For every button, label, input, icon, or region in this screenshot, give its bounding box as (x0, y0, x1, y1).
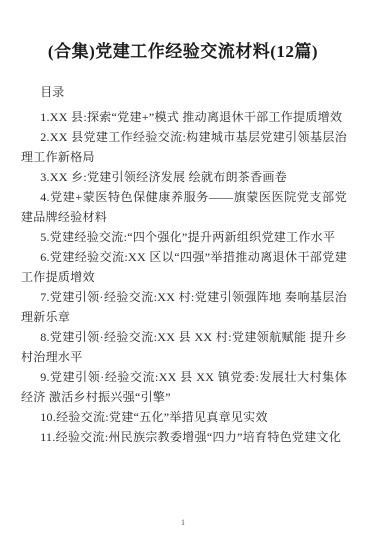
toc-list: 1.XX 县:探索“党建+”模式 推动离退休干部工作提质增效 2.XX 县党建工… (21, 107, 347, 447)
toc-item-6: 6.党建经验交流:XX 区以“四强”举措推动离退休干部党建工作提质增效 (21, 247, 347, 287)
document-page: (合集)党建工作经验交流材料(12篇) 目录 1.XX 县:探索“党建+”模式 … (0, 0, 366, 550)
toc-item-11: 11.经验交流:州民族宗教委增强“四力”培育特色党建文化 (21, 427, 347, 447)
toc-heading: 目录 (21, 82, 347, 107)
toc-item-9: 9.党建引领·经验交流:XX 县 XX 镇党委:发展壮大村集体经济 激活乡村振兴… (21, 367, 347, 407)
toc-item-2: 2.XX 县党建工作经验交流:构建城市基层党建引领基层治理工作新格局 (21, 127, 347, 167)
toc-item-10: 10.经验交流:党建“五化”举措见真章见实效 (21, 407, 347, 427)
toc-item-1: 1.XX 县:探索“党建+”模式 推动离退休干部工作提质增效 (21, 107, 347, 127)
document-body: 目录 1.XX 县:探索“党建+”模式 推动离退休干部工作提质增效 2.XX 县… (21, 82, 347, 447)
toc-item-5: 5.党建经验交流:“四个强化”提升两新组织党建工作水平 (21, 227, 347, 247)
toc-item-4: 4.党建+蒙医特色保健康养服务——旗蒙医医院党支部党建品牌经验材料 (21, 187, 347, 227)
page-number: 1 (0, 518, 366, 528)
toc-item-3: 3.XX 乡:党建引领经济发展 绘就布朗茶香画卷 (21, 167, 347, 187)
toc-item-8: 8.党建引领·经验交流:XX 县 XX 村:党建领航赋能 提升乡村治理水平 (21, 327, 347, 367)
toc-item-7: 7.党建引领·经验交流:XX 村:党建引领强阵地 奏响基层治理新乐章 (21, 287, 347, 327)
document-title: (合集)党建工作经验交流材料(12篇) (0, 40, 366, 64)
